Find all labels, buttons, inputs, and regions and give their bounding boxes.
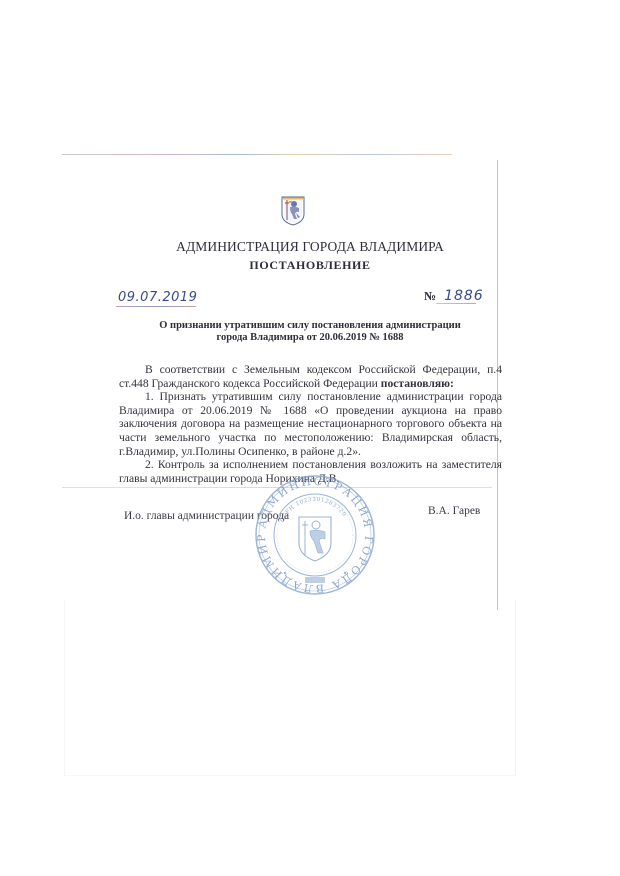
official-seal-icon: АДМИНИСТРАЦИЯ ГОРОДА ВЛАДИМИРА ОГРН 1023…	[253, 473, 377, 597]
organization-header: АДМИНИСТРАЦИЯ ГОРОДА ВЛАДИМИРА	[0, 239, 620, 255]
document-body: В соответствии с Земельным кодексом Росс…	[119, 363, 502, 485]
coat-of-arms-icon	[281, 196, 305, 226]
preamble-paragraph: В соответствии с Земельным кодексом Росс…	[119, 363, 502, 390]
preamble-resolution: постановляю:	[381, 377, 454, 390]
item-1-paragraph: 1. Признать утратившим силу постановлени…	[119, 390, 502, 458]
scan-artifact-top-line	[62, 154, 452, 155]
document-date: 09.07.2019	[118, 290, 197, 305]
scan-artifact-frame	[64, 600, 516, 776]
document-number-value: 1886	[444, 288, 484, 304]
subject-line-2: города Владимира от 20.06.2019 № 1688	[150, 332, 470, 344]
number-sign: №	[424, 289, 436, 304]
number-underline	[436, 303, 476, 304]
document-subject: О признании утратившим силу постановлени…	[150, 320, 470, 344]
signatory-name: В.А. Гарев	[428, 505, 480, 517]
document-type-heading: ПОСТАНОВЛЕНИЕ	[0, 258, 620, 273]
subject-line-1: О признании утратившим силу постановлени…	[150, 320, 470, 332]
document-number: № 1886	[424, 288, 484, 304]
date-underline	[116, 306, 196, 307]
